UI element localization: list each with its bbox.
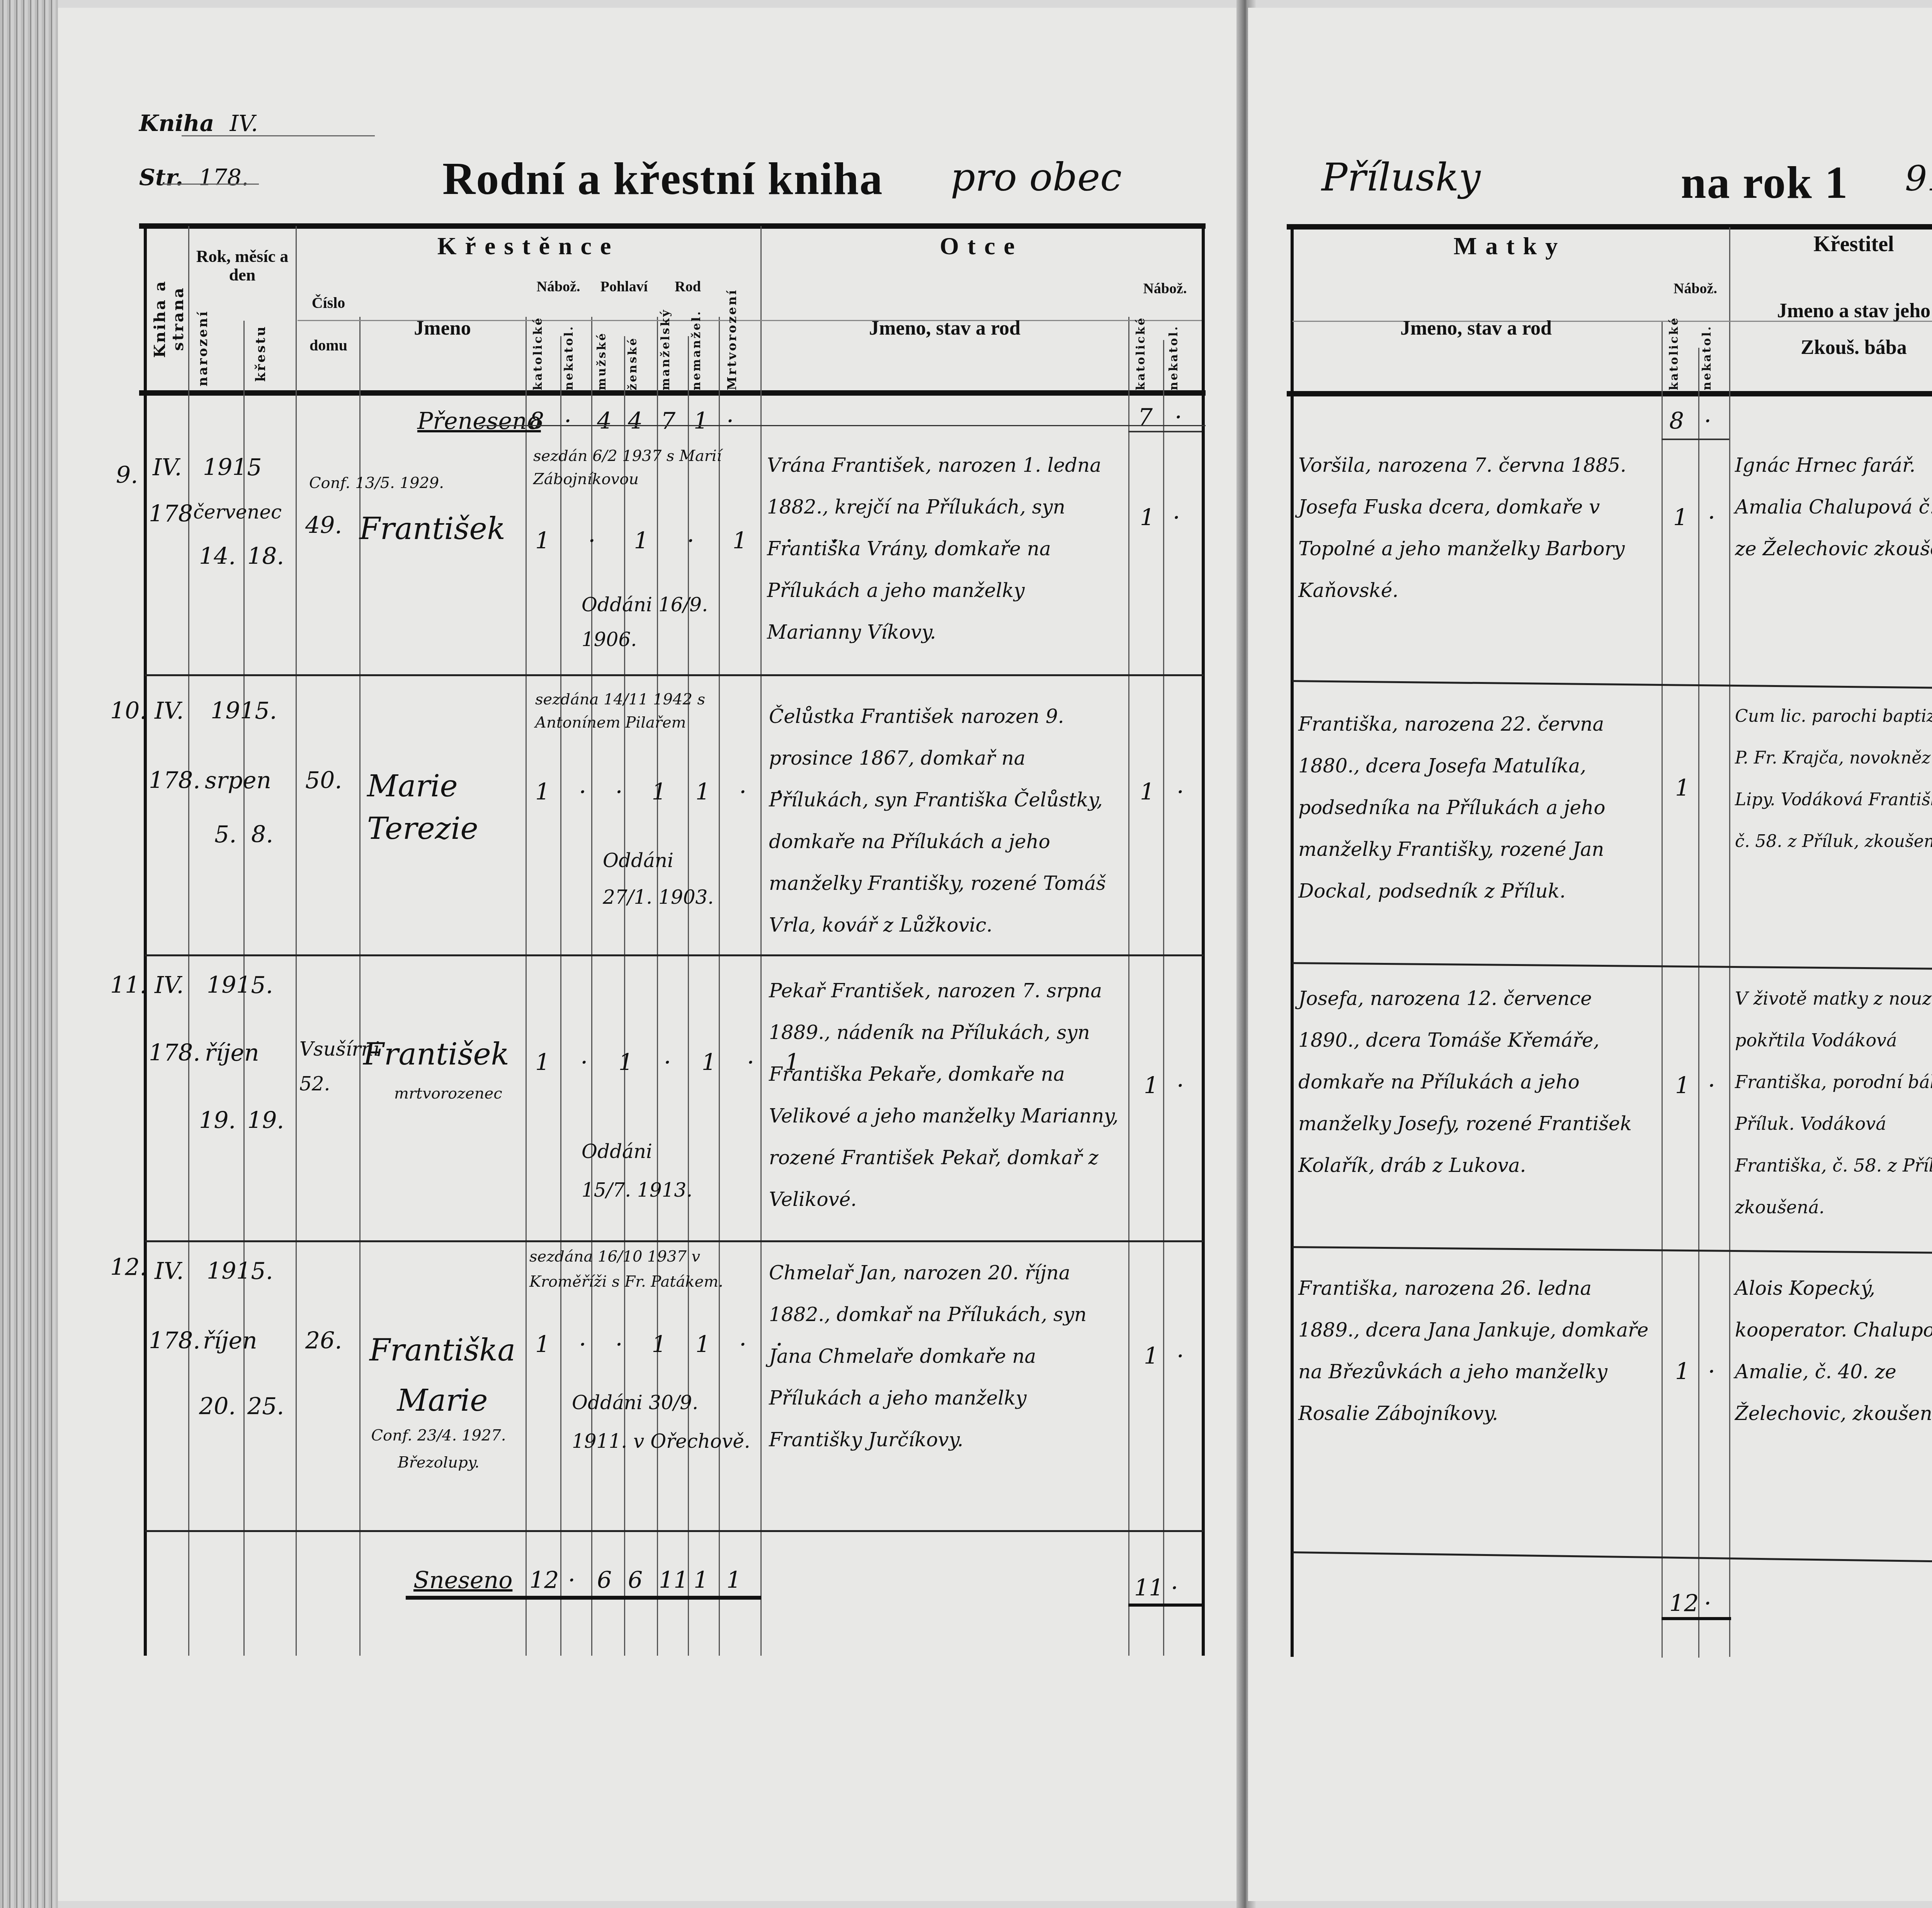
entry-year: 1915. [211, 699, 277, 723]
col-line [760, 226, 762, 1656]
carried-matky-kat: 8 [1669, 410, 1684, 433]
hdr-jmeno: Jmeno [361, 317, 524, 340]
totals-matky-underline [1662, 1617, 1731, 1620]
entry-page: 178. [149, 769, 201, 792]
col-line [1128, 317, 1129, 1656]
entry-day-baptism: 18. [247, 545, 284, 568]
hdr-katolicke: katolické [531, 340, 558, 390]
col-line [1698, 348, 1699, 1658]
entry-father: Chmelař Jan, narozen 20. října 1882., do… [769, 1252, 1124, 1461]
entry-marriage-note: sezdána 16/10 1937 v Kroměříži s Fr. Pat… [529, 1244, 746, 1294]
entry-mother-nek: · [1708, 506, 1715, 529]
carried-value: 8 [529, 410, 544, 433]
book-spread: Kniha IV. Str. 178. Rodní a křestní knih… [0, 0, 1932, 1908]
hdr-otce-katolicke: katolické [1134, 340, 1161, 390]
entry-year: 1915. [207, 974, 273, 997]
totals-otce-kat: 11 [1134, 1576, 1163, 1600]
entry-father-nek: · [1177, 781, 1184, 804]
col-line [526, 317, 527, 1656]
totals-otce-nek: · [1171, 1576, 1178, 1600]
hdr-krestence: Křestěnce [298, 232, 759, 260]
col-line [1662, 321, 1663, 1658]
entry-page: 178. [149, 1329, 201, 1352]
entry-confirmation-note: Conf. 13/5. 1929. [309, 475, 444, 491]
hdr-naboz: Nábož. [527, 278, 589, 295]
totals-matky-nek: · [1704, 1592, 1711, 1615]
hdr-krestitel-sub2: Zkouš. bába [1731, 336, 1932, 359]
entry-baptizer: Alois Kopecký, kooperator. Chalupová Ama… [1735, 1267, 1932, 1434]
entry-number: 9. [116, 464, 138, 487]
entry-page: 178. [149, 1041, 201, 1065]
entry-page: 178 [149, 502, 193, 525]
entry-mother: Josefa, narozena 12. července 1890., dce… [1298, 978, 1658, 1186]
entry-parents-married: Oddáni 30/9. 1911. v Ořechově. [572, 1383, 757, 1461]
entry-month: srpen [205, 769, 271, 792]
left-table-border [144, 226, 147, 1656]
hdr-nekatol: nekatol. [562, 340, 589, 390]
entry-day-baptism: 8. [251, 823, 273, 846]
entry-father-nek: · [1173, 506, 1180, 529]
hdr-matky-jmeno: Jmeno, stav a rod [1293, 317, 1660, 340]
totals-value: 11 [659, 1569, 688, 1592]
totals-value: 12 [529, 1569, 559, 1592]
entry-father-kat: 1 [1144, 1345, 1158, 1368]
carried-value: · [564, 410, 571, 433]
hdr-krestitel-sub1: Jmeno a stav jeho [1731, 299, 1932, 322]
entry-mother-kat: 1 [1675, 1360, 1690, 1383]
entry-mother: Františka, narozena 26. ledna 1889., dce… [1298, 1267, 1658, 1434]
entry-month: říjen [203, 1329, 257, 1352]
col-line [188, 226, 189, 1656]
entry-child-name: Františka Marie [361, 1325, 524, 1426]
hdr-krestu: křestu [253, 321, 284, 386]
hdr-rod: Rod [659, 278, 717, 295]
totals-value: 1 [694, 1569, 708, 1592]
entry-number: 12. [110, 1256, 147, 1279]
entry-marriage-note: sezdán 6/2 1937 s Marií Zábojníkovou [533, 444, 750, 491]
entry-number: 10. [110, 699, 147, 723]
hdr-pohlavi: Pohlaví [593, 278, 655, 295]
entry-baptizer: Cum lic. parochi baptizavit P. Fr. Krajč… [1735, 696, 1932, 862]
entry-stillborn-note: mrtvorozenec [394, 1082, 479, 1105]
entry-day-baptism: 25. [247, 1395, 284, 1418]
right-page [1248, 8, 1932, 1901]
hdr-krestitel: Křestitel [1731, 232, 1932, 257]
totals-value: 1 [726, 1569, 741, 1592]
entry-confirmation-note: Conf. 23/4. 1927. Březolupy. [355, 1422, 522, 1476]
str-label: Str. 178. [139, 164, 248, 190]
right-table-border [1291, 227, 1294, 1657]
entry-father: Vrána František, narozen 1. ledna 1882.,… [767, 444, 1122, 653]
carried-value: 4 [628, 410, 643, 433]
entry-number: 11. [110, 974, 147, 997]
hdr-domu: domu [298, 336, 359, 354]
entry-mother-kat: 1 [1675, 1074, 1690, 1097]
title-na-rok: na rok 1 [1681, 156, 1849, 209]
left-table-right-border [1202, 226, 1205, 1656]
carried-underline [479, 425, 1206, 426]
entry-year: 1915. [207, 1260, 273, 1283]
entry-day-birth: 5. [214, 823, 236, 846]
col-line [1163, 340, 1164, 1656]
hdr-cislo: Číslo [298, 294, 359, 312]
kniha-label: Kniha IV. [139, 110, 258, 136]
entry-house: 50. [305, 769, 342, 792]
carried-value: 4 [597, 410, 612, 433]
carried-label: Přeneseno [417, 410, 541, 433]
village-name: Přílusky [1321, 155, 1481, 200]
carried-matky-underline [1662, 439, 1729, 440]
row-separator [145, 1240, 1204, 1242]
entry-marriage-note: sezdána 14/11 1942 s Antonínem Pilařem [535, 688, 752, 734]
col-line [296, 226, 297, 1656]
entry-mother-nek: · [1708, 1074, 1715, 1097]
entry-baptizer: V životě matky z nouze pokřtila Vodáková… [1735, 978, 1932, 1228]
totals-value: 6 [597, 1569, 612, 1592]
entry-house: Vsušírni 52. [299, 1032, 357, 1101]
entry-father-kat: 1 [1140, 506, 1155, 529]
right-top-rule [1287, 224, 1932, 230]
entry-day-baptism: 19. [247, 1109, 284, 1132]
carried-otce-nek: · [1175, 406, 1182, 429]
entry-mother-nek: · [1708, 1360, 1715, 1383]
right-header-bottom-rule [1287, 391, 1932, 396]
entry-mother-kat: 1 [1673, 506, 1688, 529]
entry-month: říjen [205, 1041, 259, 1065]
entry-child-name: František [363, 1039, 509, 1070]
entry-mother: Voršila, narozena 7. června 1885. Josefa… [1298, 444, 1658, 611]
entry-baptizer: Ignác Hrnec farář. Amalia Chalupová č. 4… [1735, 444, 1932, 570]
entry-father-kat: 1 [1144, 1074, 1158, 1097]
year-handwritten: 915. [1905, 158, 1932, 199]
entry-child-name: František [359, 514, 505, 544]
title-pro-obec: pro obec [951, 155, 1122, 200]
hdr-zenske: ženské [626, 340, 653, 390]
hdr-kniha-a-strana: Kniha a strana [151, 251, 182, 386]
hdr-rok-mesic-den: Rok, měsíc a den [190, 247, 294, 284]
totals-label: Sneseno [413, 1569, 512, 1592]
hdr-otce-naboz: Nábož. [1130, 280, 1200, 297]
str-value: 178. [199, 164, 248, 190]
totals-underline [406, 1596, 761, 1600]
entry-book: IV. [155, 1260, 184, 1283]
entry-mother: Františka, narozena 22. června 1880., dc… [1298, 703, 1658, 912]
entry-house: 49. [305, 514, 342, 537]
hdr-matky-katolicke: katolické [1667, 340, 1694, 390]
entry-parents-married: Oddáni 27/1. 1903. [603, 842, 719, 916]
col-line [1729, 227, 1730, 1657]
entry-parents-married: Oddáni 15/7. 1913. [582, 1132, 705, 1209]
carried-value: · [726, 410, 734, 433]
left-page-edges [0, 0, 58, 1908]
register-title: Rodní a křestní kniha [442, 153, 883, 205]
carried-matky-nek: · [1704, 410, 1711, 433]
hdr-mrtvorozeni: Mrtvorození [724, 294, 755, 390]
kniha-underline [182, 135, 375, 136]
hdr-muzske: mužské [595, 340, 622, 390]
entry-father-nek: · [1177, 1074, 1184, 1097]
totals-otce-underline [1128, 1604, 1202, 1607]
kniha-value: IV. [230, 110, 258, 136]
entry-mother-kat: 1 [1675, 777, 1690, 800]
entry-marks: 1 · · 1 1 · · [535, 781, 794, 804]
entry-book: IV. [155, 974, 184, 997]
entry-book: IV. [155, 699, 184, 723]
entry-father: Čelůstka František narozen 9. prosince 1… [769, 696, 1124, 946]
entry-day-birth: 20. [199, 1395, 236, 1418]
hdr-otce-jmeno: Jmeno, stav a rod [763, 317, 1126, 340]
carried-value: 1 [694, 410, 708, 433]
row-separator [145, 954, 1204, 956]
carried-value: 7 [661, 410, 675, 433]
totals-value: · [568, 1569, 575, 1592]
hdr-otce-nekatol: nekatol. [1167, 340, 1194, 390]
carried-otce-underline [1128, 431, 1202, 432]
entry-father: Pekař František, narozen 7. srpna 1889.,… [769, 970, 1124, 1220]
carried-otce-kat: 7 [1138, 406, 1153, 429]
entry-father-kat: 1 [1140, 781, 1155, 804]
entry-year: 1915 [203, 456, 262, 479]
entry-day-birth: 14. [199, 545, 236, 568]
entry-house: 26. [305, 1329, 342, 1352]
hdr-manzelsky: manželský [659, 340, 686, 390]
hdr-nemanzel: nemanžel. [690, 340, 717, 390]
entry-day-birth: 19. [199, 1109, 236, 1132]
hdr-matky-nekatol: nekatol. [1700, 340, 1727, 390]
hdr-matky-naboz: Nábož. [1663, 280, 1727, 297]
hdr-otce: Otce [763, 232, 1200, 260]
left-header-bottom-rule [139, 390, 1206, 396]
row-separator [145, 674, 1204, 676]
hdr-matky: Matky [1293, 232, 1727, 260]
str-underline [162, 184, 259, 185]
entry-marks: 1 · · 1 1 · · [535, 1333, 794, 1356]
row-separator [145, 1530, 1204, 1532]
entry-father-nek: · [1177, 1345, 1184, 1368]
totals-matky-kat: 12 [1669, 1592, 1699, 1615]
entry-child-name: Marie Terezie [367, 765, 514, 850]
entry-month: červenec [193, 502, 282, 522]
left-top-rule [139, 223, 1206, 229]
entry-book: IV. [153, 456, 182, 479]
totals-value: 6 [628, 1569, 643, 1592]
entry-parents-married: Oddáni 16/9. 1906. [582, 587, 713, 657]
hdr-narozeni: narození [195, 321, 226, 386]
